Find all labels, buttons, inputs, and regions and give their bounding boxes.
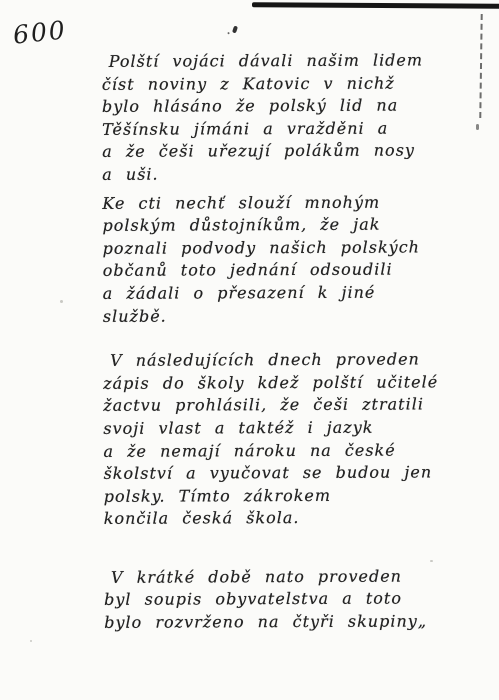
- handwritten-line: bylo hlásáno že polský lid na: [102, 94, 492, 118]
- paper-speck: [60, 300, 63, 303]
- handwritten-line: V následujících dnech proveden: [103, 348, 493, 372]
- page-number: 600: [12, 15, 68, 49]
- handwritten-line: bylo rozvrženo na čtyři skupiny„: [104, 610, 494, 634]
- ink-blot: [232, 26, 238, 34]
- handwritten-line: poznali podvody našich polských: [103, 236, 493, 260]
- scan-edge-line: [252, 2, 499, 9]
- paragraph: Polští vojáci dávali našim lidem číst no…: [102, 49, 493, 186]
- handwritten-line: V krátké době nato proveden: [104, 565, 494, 589]
- paragraph: Ke cti nechť slouží mnohým polským důsto…: [102, 191, 493, 328]
- handwritten-line: polsky. Tímto zákrokem: [104, 484, 494, 508]
- handwritten-line: Ke cti nechť slouží mnohým: [102, 191, 492, 215]
- handwritten-line: číst noviny z Katovic v nichž: [102, 72, 492, 96]
- manuscript-page: 600 Polští vojáci dávali našim lidem čís…: [0, 0, 499, 700]
- handwritten-line: zápis do školy kdež polští učitelé: [103, 371, 493, 395]
- handwritten-text-block: Polští vojáci dávali našim lidem číst no…: [102, 49, 495, 634]
- handwritten-line: polským důstojníkům, že jak: [102, 213, 492, 237]
- handwritten-line: školství a vyučovat se budou jen: [104, 461, 494, 485]
- handwritten-line: občanů toto jednání odsoudili: [103, 258, 493, 282]
- handwritten-line: svoji vlast a taktéž i jazyk: [103, 416, 493, 440]
- handwritten-line: Těšínsku jímáni a vražděni a: [102, 117, 492, 141]
- paragraph: V krátké době nato proveden byl soupis o…: [104, 565, 494, 634]
- handwritten-line: službě.: [103, 304, 493, 328]
- handwritten-line: a uši.: [102, 162, 492, 186]
- handwritten-line: a že češi uřezují polákům nosy: [102, 140, 492, 164]
- handwritten-line: žactvu prohlásili, že češi ztratili: [103, 393, 493, 417]
- handwritten-line: a že nemají nároku na české: [103, 439, 493, 463]
- paper-speck: [30, 640, 32, 642]
- handwritten-line: byl soupis obyvatelstva a toto: [104, 588, 494, 612]
- handwritten-line: Polští vojáci dávali našim lidem: [102, 49, 492, 73]
- handwritten-line: končila česká škola.: [104, 506, 494, 530]
- paragraph: V následujících dnech proveden zápis do …: [103, 348, 494, 530]
- handwritten-line: a žádali o přesazení k jiné: [103, 281, 493, 305]
